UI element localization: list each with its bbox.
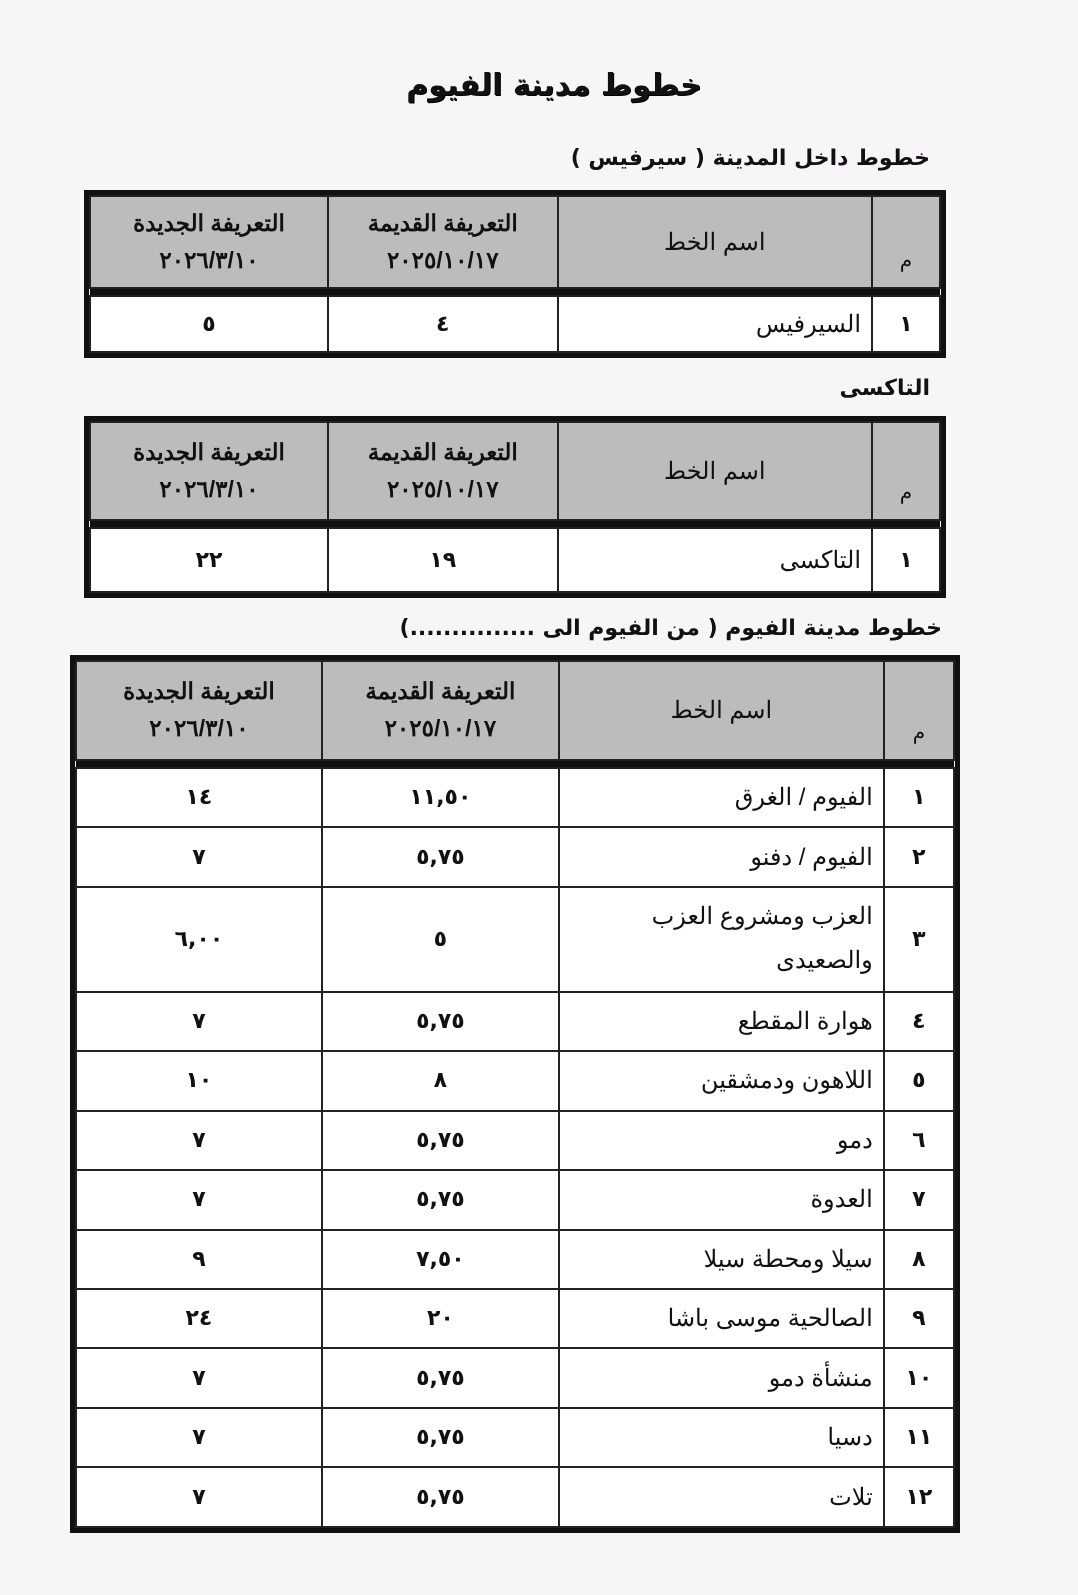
service-fare-table: م اسم الخط التعريفة القديمة٢٠٢٥/١٠/١٧ ال…: [84, 190, 946, 358]
intercity-fare-table: م اسم الخط التعريفة القديمة٢٠٢٥/١٠/١٧ ال…: [70, 655, 960, 1533]
table-row: ١٠ منشأة دمو ٥,٧٥ ٧: [76, 1348, 954, 1407]
col-header-new-fare: التعريفة الجديدة٢٠٢٦/٣/١٠: [90, 422, 328, 520]
section-heading-intercity: خطوط مدينة الفيوم ( من الفيوم الى ......…: [400, 616, 942, 641]
table-row: ٧ العدوة ٥,٧٥ ٧: [76, 1170, 954, 1229]
taxi-fare-table: م اسم الخط التعريفة القديمة٢٠٢٥/١٠/١٧ ال…: [84, 416, 946, 598]
table-row: ٨ سيلا ومحطة سيلا ٧,٥٠ ٩: [76, 1230, 954, 1289]
col-header-line-name: اسم الخط: [558, 422, 873, 520]
col-header-index: م: [884, 661, 954, 760]
table-header-row: م اسم الخط التعريفة القديمة٢٠٢٥/١٠/١٧ ال…: [76, 661, 954, 760]
table-row: ١١ دسيا ٥,٧٥ ٧: [76, 1408, 954, 1467]
col-header-line-name: اسم الخط: [558, 196, 873, 288]
col-header-new-fare: التعريفة الجديدة٢٠٢٦/٣/١٠: [76, 661, 322, 760]
document-page: خطوط مدينة الفيوم خطوط داخل المدينة ( سي…: [0, 0, 1078, 1595]
col-header-old-fare: التعريفة القديمة٢٠٢٥/١٠/١٧: [328, 422, 558, 520]
table-row: ٣ العزب ومشروع العزب والصعيدى ٥ ٦,٠٠: [76, 887, 954, 992]
col-header-line-name: اسم الخط: [559, 661, 884, 760]
table-row: ٦ دمو ٥,٧٥ ٧: [76, 1111, 954, 1170]
col-header-new-fare: التعريفة الجديدة٢٠٢٦/٣/١٠: [90, 196, 328, 288]
section-heading-taxi: التاكسى: [840, 376, 930, 401]
table-row: ٢ الفيوم / دفنو ٥,٧٥ ٧: [76, 827, 954, 886]
section-heading-service: خطوط داخل المدينة ( سيرفيس ): [571, 146, 930, 171]
col-header-index: م: [872, 422, 940, 520]
col-header-old-fare: التعريفة القديمة٢٠٢٥/١٠/١٧: [322, 661, 559, 760]
table-header-row: م اسم الخط التعريفة القديمة٢٠٢٥/١٠/١٧ ال…: [90, 422, 940, 520]
col-header-old-fare: التعريفة القديمة٢٠٢٥/١٠/١٧: [328, 196, 558, 288]
table-row: ٤ هوارة المقطع ٥,٧٥ ٧: [76, 992, 954, 1051]
table-header-row: م اسم الخط التعريفة القديمة٢٠٢٥/١٠/١٧ ال…: [90, 196, 940, 288]
table-row: ١ الفيوم / الغرق ١١,٥٠ ١٤: [76, 768, 954, 827]
table-row: ١٢ تلات ٥,٧٥ ٧: [76, 1467, 954, 1527]
page-title: خطوط مدينة الفيوم: [0, 68, 1078, 103]
table-row: ٩ الصالحية موسى باشا ٢٠ ٢٤: [76, 1289, 954, 1348]
table-row: ٥ اللاهون ودمشقين ٨ ١٠: [76, 1051, 954, 1110]
col-header-index: م: [872, 196, 940, 288]
table-row: ١ التاكسى ١٩ ٢٢: [90, 528, 940, 592]
table-row: ١ السيرفيس ٤ ٥: [90, 296, 940, 352]
